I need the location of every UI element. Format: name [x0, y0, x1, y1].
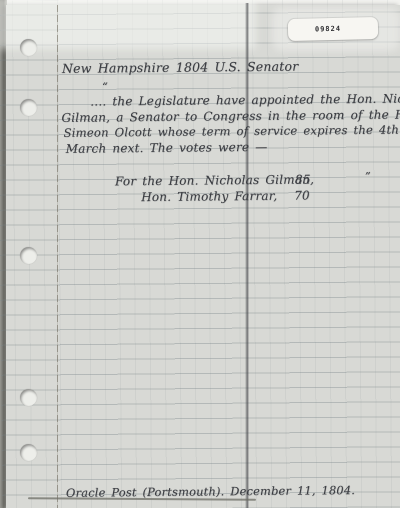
binder-hole	[20, 444, 37, 461]
handwriting-layer: New Hampshire 1804 U.S. Senator “ .... t…	[5, 2, 400, 508]
heading-line: New Hampshire 1804 U.S. Senator	[62, 59, 299, 76]
scanned-document: New Hampshire 1804 U.S. Senator “ .... t…	[0, 0, 400, 508]
body-line: .... the Legislature have appointed the …	[90, 91, 400, 108]
binder-hole	[20, 99, 37, 116]
binder-hole	[20, 247, 37, 264]
binder-hole	[20, 389, 37, 406]
binder-hole	[20, 39, 37, 56]
body-line: March next. The votes were —	[66, 140, 268, 156]
inventory-sticker: 09824	[288, 17, 379, 41]
vote-count: 85	[295, 172, 311, 186]
open-quote: “	[102, 80, 108, 93]
vote-name: Hon. Timothy Farrar,	[141, 189, 277, 204]
vote-close-quote: ”	[365, 170, 371, 183]
vote-count: 70	[294, 188, 310, 202]
sticker-number: 09824	[315, 25, 351, 34]
notebook-paper: New Hampshire 1804 U.S. Senator “ .... t…	[6, 5, 400, 508]
vote-name: For the Hon. Nicholas Gilman,	[115, 172, 314, 188]
body-line: Simeon Olcott whose term of service expi…	[63, 122, 400, 139]
